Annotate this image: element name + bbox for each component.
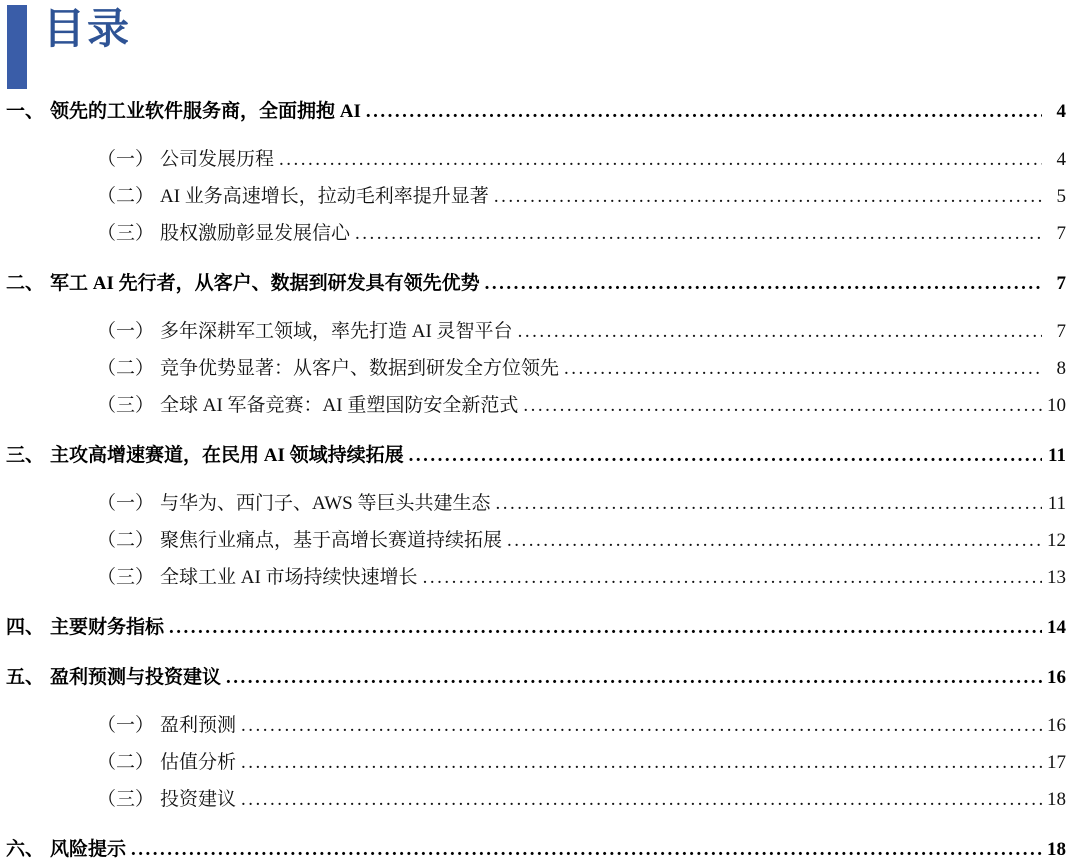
toc-entry-title: 主要财务指标	[50, 609, 167, 646]
toc-entry-page: 11	[1042, 485, 1066, 522]
toc-entry-number: 四、	[6, 609, 50, 646]
toc-entry-page: 7	[1042, 215, 1066, 252]
toc-entry[interactable]: 五、 盈利预测与投资建议 ...........................…	[6, 659, 1066, 696]
toc-entry-title: 风险提示	[50, 831, 129, 866]
toc-leader-dots: ........................................…	[239, 744, 1042, 781]
toc-entry[interactable]: （一） 公司发展历程 .............................…	[6, 141, 1066, 178]
toc-leader-dots: ........................................…	[521, 387, 1042, 424]
toc-entry[interactable]: （一） 多年深耕军工领域，率先打造 AI 灵智平台 ..............…	[6, 313, 1066, 350]
toc-entry-number: （三）	[97, 559, 160, 596]
toc-entry-number: （一）	[97, 313, 160, 350]
toc-entry-title: 盈利预测与投资建议	[50, 659, 224, 696]
toc-entry-title: 多年深耕军工领域，率先打造 AI 灵智平台	[160, 313, 516, 350]
toc-entry-page: 5	[1042, 178, 1066, 215]
toc-entry-title: 主攻高增速赛道，在民用 AI 领域持续拓展	[50, 437, 407, 474]
toc-leader-dots: ........................................…	[421, 559, 1042, 596]
toc-leader-dots: ........................................…	[239, 781, 1042, 818]
toc-leader-dots: ........................................…	[353, 215, 1042, 252]
toc-entry-title: 全球工业 AI 市场持续快速增长	[160, 559, 421, 596]
toc-leader-dots: ........................................…	[493, 485, 1042, 522]
toc-entry-title: 股权激励彰显发展信心	[160, 215, 353, 252]
toc-entry-title: 竞争优势显著：从客户、数据到研发全方位领先	[160, 350, 562, 387]
toc-entry-title: 公司发展历程	[160, 141, 277, 178]
toc-entry[interactable]: 四、 主要财务指标 ..............................…	[6, 609, 1066, 646]
toc-leader-dots: ........................................…	[277, 141, 1042, 178]
toc-leader-dots: ........................................…	[224, 659, 1042, 696]
toc-entry-number: （一）	[97, 485, 160, 522]
toc-entry-page: 11	[1042, 437, 1066, 474]
toc-entry-number: 六、	[6, 831, 50, 866]
toc-list: 一、 领先的工业软件服务商，全面拥抱 AI ..................…	[6, 93, 1066, 866]
toc-leader-dots: ........................................…	[483, 265, 1042, 302]
toc-entry[interactable]: （二） 估值分析 ...............................…	[6, 744, 1066, 781]
toc-entry-number: 五、	[6, 659, 50, 696]
toc-entry-page: 7	[1042, 313, 1066, 350]
toc-leader-dots: ........................................…	[505, 522, 1042, 559]
toc-entry[interactable]: （三） 股权激励彰显发展信心 .........................…	[6, 215, 1066, 252]
toc-entry[interactable]: （一） 盈利预测 ...............................…	[6, 707, 1066, 744]
toc-entry-page: 18	[1042, 781, 1066, 818]
toc-entry-page: 4	[1042, 93, 1066, 130]
toc-leader-dots: ........................................…	[407, 437, 1042, 474]
toc-entry-number: （二）	[97, 350, 160, 387]
toc-leader-dots: ........................................…	[364, 93, 1042, 130]
toc-entry-page: 4	[1042, 141, 1066, 178]
toc-entry-title: 投资建议	[160, 781, 239, 818]
page-title: 目录	[43, 7, 131, 53]
toc-entry-number: 三、	[6, 437, 50, 474]
toc-entry-number: 二、	[6, 265, 50, 302]
toc-entry-page: 7	[1042, 265, 1066, 302]
toc-entry[interactable]: 六、 风险提示 ................................…	[6, 831, 1066, 866]
toc-entry[interactable]: （一） 与华为、西门子、AWS 等巨头共建生态 ................…	[6, 485, 1066, 522]
accent-bar	[7, 5, 27, 89]
toc-leader-dots: ........................................…	[492, 178, 1042, 215]
toc-leader-dots: ........................................…	[562, 350, 1042, 387]
toc-page: 目录 一、 领先的工业软件服务商，全面拥抱 AI ...............…	[0, 5, 1080, 866]
toc-entry-number: （三）	[97, 387, 160, 424]
toc-entry-number: （三）	[97, 781, 160, 818]
toc-entry-number: （二）	[97, 744, 160, 781]
toc-entry-title: 领先的工业软件服务商，全面拥抱 AI	[50, 93, 364, 130]
toc-entry[interactable]: （三） 全球工业 AI 市场持续快速增长 ...................…	[6, 559, 1066, 596]
toc-entry[interactable]: 三、 主攻高增速赛道，在民用 AI 领域持续拓展 ...............…	[6, 437, 1066, 474]
toc-entry-title: 盈利预测	[160, 707, 239, 744]
toc-entry-title: 与华为、西门子、AWS 等巨头共建生态	[160, 485, 493, 522]
toc-entry-page: 16	[1042, 707, 1066, 744]
toc-entry[interactable]: （二） AI 业务高速增长，拉动毛利率提升显著 ................…	[6, 178, 1066, 215]
toc-entry-number: 一、	[6, 93, 50, 130]
toc-entry[interactable]: （二） 竞争优势显著：从客户、数据到研发全方位领先 ..............…	[6, 350, 1066, 387]
toc-entry-title: 全球 AI 军备竞赛：AI 重塑国防安全新范式	[160, 387, 521, 424]
toc-entry-page: 16	[1042, 659, 1066, 696]
toc-entry-number: （二）	[97, 522, 160, 559]
toc-entry-title: 聚焦行业痛点，基于高增长赛道持续拓展	[160, 522, 505, 559]
toc-entry-page: 12	[1042, 522, 1066, 559]
toc-entry[interactable]: （三） 全球 AI 军备竞赛：AI 重塑国防安全新范式 ............…	[6, 387, 1066, 424]
toc-entry-page: 13	[1042, 559, 1066, 596]
toc-entry-number: （一）	[97, 141, 160, 178]
toc-entry-number: （一）	[97, 707, 160, 744]
toc-leader-dots: ........................................…	[516, 313, 1042, 350]
toc-entry[interactable]: 一、 领先的工业软件服务商，全面拥抱 AI ..................…	[6, 93, 1066, 130]
toc-header: 目录	[6, 5, 1066, 89]
toc-entry-page: 10	[1042, 387, 1066, 424]
toc-entry-title: AI 业务高速增长，拉动毛利率提升显著	[160, 178, 492, 215]
toc-entry-number: （三）	[97, 215, 160, 252]
toc-entry-page: 14	[1042, 609, 1066, 646]
toc-entry-title: 估值分析	[160, 744, 239, 781]
toc-entry-page: 18	[1042, 831, 1066, 866]
toc-entry-page: 8	[1042, 350, 1066, 387]
toc-leader-dots: ........................................…	[239, 707, 1042, 744]
toc-entry-page: 17	[1042, 744, 1066, 781]
toc-leader-dots: ........................................…	[129, 831, 1042, 866]
toc-entry-title: 军工 AI 先行者，从客户、数据到研发具有领先优势	[50, 265, 483, 302]
toc-entry[interactable]: （二） 聚焦行业痛点，基于高增长赛道持续拓展 .................…	[6, 522, 1066, 559]
toc-entry[interactable]: （三） 投资建议 ...............................…	[6, 781, 1066, 818]
toc-entry-number: （二）	[97, 178, 160, 215]
toc-leader-dots: ........................................…	[167, 609, 1042, 646]
toc-entry[interactable]: 二、 军工 AI 先行者，从客户、数据到研发具有领先优势 ...........…	[6, 265, 1066, 302]
